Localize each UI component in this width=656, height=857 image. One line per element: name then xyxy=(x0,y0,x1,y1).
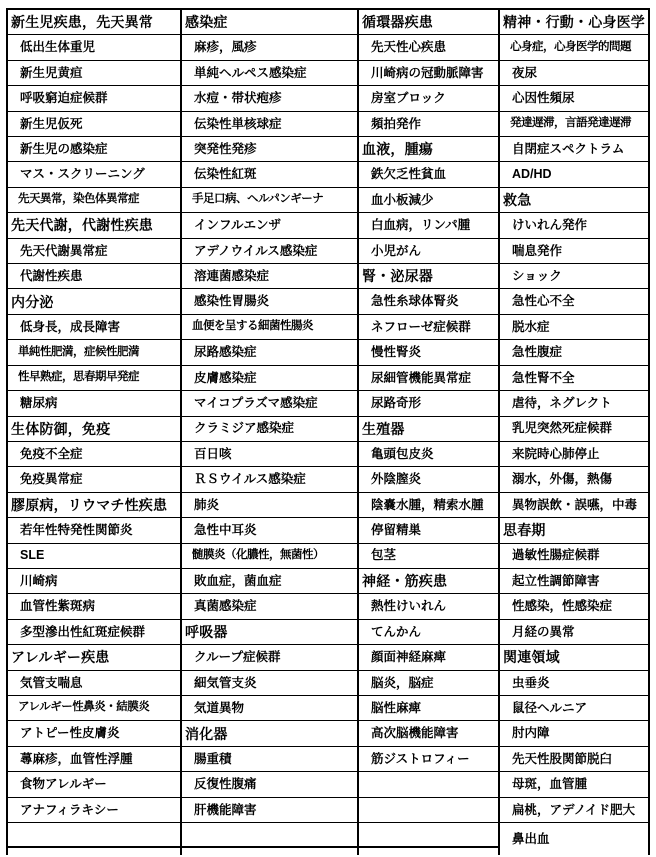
section-header-cell: 新生児疾患，先天異常 xyxy=(8,10,180,35)
topic-item-cell: 母斑，血管腫 xyxy=(500,772,648,797)
topic-item-cell: 水痘・帯状疱疹 xyxy=(182,86,357,111)
empty-cell xyxy=(8,823,180,848)
topic-item-cell: 麻疹，風疹 xyxy=(182,35,357,60)
topic-item-cell: 手足口病、ヘルパンギーナ xyxy=(182,188,357,213)
table-column-2: 感染症麻疹，風疹単純ヘルペス感染症水痘・帯状疱疹伝染性単核球症突発性発疹伝染性紅… xyxy=(180,10,357,855)
topic-item-cell: 脱水症 xyxy=(500,315,648,340)
topic-item-cell: 免疫不全症 xyxy=(8,442,180,467)
topic-item-cell: アナフィラキシー xyxy=(8,798,180,823)
topic-item-cell: 新生児黄疸 xyxy=(8,61,180,86)
topic-item-cell: 陰嚢水腫，精索水腫 xyxy=(359,493,498,518)
table-column-4: 精神・行動・心身医学心身症，心身医学的問題夜尿心因性頻尿発達遅滞，言語発達遅滞自… xyxy=(498,10,648,855)
topic-item-cell: 自閉症スペクトラム xyxy=(500,137,648,162)
topic-item-cell: 新生児の感染症 xyxy=(8,137,180,162)
topic-item-cell: 低出生体重児 xyxy=(8,35,180,60)
topic-item-cell: 心身症，心身医学的問題 xyxy=(500,35,648,60)
topic-item-cell: 先天異常，染色体異常症 xyxy=(8,188,180,213)
topic-item-cell: 包茎 xyxy=(359,544,498,569)
topic-item-cell: ＲＳウイルス感染症 xyxy=(182,467,357,492)
table-column-3: 循環器疾患先天性心疾患川崎病の冠動脈障害房室ブロック頻拍発作血液，腫瘍鉄欠乏性貧… xyxy=(357,10,498,855)
topic-item-cell: 鼠径ヘルニア xyxy=(500,696,648,721)
topic-item-cell: 慢性腎炎 xyxy=(359,340,498,365)
topic-item-cell: インフルエンザ xyxy=(182,213,357,238)
topic-item-cell: 虐待，ネグレクト xyxy=(500,391,648,416)
topic-item-cell: 尿路感染症 xyxy=(182,340,357,365)
topic-item-cell: 肘内障 xyxy=(500,721,648,746)
topic-item-cell: 虫垂炎 xyxy=(500,671,648,696)
topic-item-cell: 蕁麻疹，血管性浮腫 xyxy=(8,747,180,772)
section-header-cell: 救急 xyxy=(500,188,648,213)
topic-item-cell: マス・スクリーニング xyxy=(8,162,180,187)
topic-item-cell: 顔面神経麻痺 xyxy=(359,645,498,670)
topic-item-cell: 反復性腹痛 xyxy=(182,772,357,797)
section-header-cell: 精神・行動・心身医学 xyxy=(500,10,648,35)
topic-item-cell: 溶連菌感染症 xyxy=(182,264,357,289)
topic-item-cell: 先天代謝異常症 xyxy=(8,239,180,264)
topic-item-cell: 房室ブロック xyxy=(359,86,498,111)
topic-item-cell: 性早熟症，思春期早発症 xyxy=(8,366,180,391)
topic-item-cell: 新生児仮死 xyxy=(8,112,180,137)
topic-item-cell: てんかん xyxy=(359,620,498,645)
section-header-cell: 血液，腫瘍 xyxy=(359,137,498,162)
table-column-1: 新生児疾患，先天異常低出生体重児新生児黄疸呼吸窮迫症候群新生児仮死新生児の感染症… xyxy=(8,10,180,855)
topic-item-cell: 川崎病 xyxy=(8,569,180,594)
topic-item-cell: 喘息発作 xyxy=(500,239,648,264)
topic-item-cell: ショック xyxy=(500,264,648,289)
topic-item-cell: 頻拍発作 xyxy=(359,112,498,137)
topic-item-cell: 突発性発疹 xyxy=(182,137,357,162)
topic-item-cell: 多型滲出性紅斑症候群 xyxy=(8,620,180,645)
section-header-cell: 神経・筋疾患 xyxy=(359,569,498,594)
topic-item-cell: 性感染，性感染症 xyxy=(500,594,648,619)
topic-item-cell: 停留精巣 xyxy=(359,518,498,543)
topic-item-cell: 先天性心疾患 xyxy=(359,35,498,60)
topic-item-cell: 起立性調節障害 xyxy=(500,569,648,594)
topic-item-cell: 敗血症，菌血症 xyxy=(182,569,357,594)
topic-item-cell: 血小板減少 xyxy=(359,188,498,213)
topic-item-cell: SLE xyxy=(8,544,180,569)
topic-item-cell: 来院時心肺停止 xyxy=(500,442,648,467)
topic-item-cell: マイコプラズマ感染症 xyxy=(182,391,357,416)
topic-item-cell: アレルギー性鼻炎・結膜炎 xyxy=(8,696,180,721)
topic-item-cell: AD/HD xyxy=(500,162,648,187)
topic-item-cell: 扁桃，アデノイド肥大 xyxy=(500,798,648,823)
topic-item-cell: 気道異物 xyxy=(182,696,357,721)
topic-item-cell: 食物アレルギー xyxy=(8,772,180,797)
topic-item-cell: ネフローゼ症候群 xyxy=(359,315,498,340)
topic-item-cell: 免疫異常症 xyxy=(8,467,180,492)
topic-item-cell: 呼吸窮迫症候群 xyxy=(8,86,180,111)
topic-item-cell: 外陰膣炎 xyxy=(359,467,498,492)
topic-item-cell: 脳炎，脳症 xyxy=(359,671,498,696)
section-header-cell: 関連領域 xyxy=(500,645,648,670)
topic-item-cell: 尿路奇形 xyxy=(359,391,498,416)
section-header-cell: 膠原病，リウマチ性疾患 xyxy=(8,493,180,518)
section-header-cell: 呼吸器 xyxy=(182,620,357,645)
topic-item-cell: 発達遅滞，言語発達遅滞 xyxy=(500,112,648,137)
section-header-cell: 消化器 xyxy=(182,721,357,746)
section-header-cell: 感染症 xyxy=(182,10,357,35)
document-page: { "colors": { "text": "#000000", "border… xyxy=(0,0,656,857)
empty-cell xyxy=(359,823,498,848)
empty-cell xyxy=(359,798,498,823)
section-header-cell: 生体防御，免疫 xyxy=(8,417,180,442)
topic-item-cell: 糖尿病 xyxy=(8,391,180,416)
topic-item-cell: クループ症候群 xyxy=(182,645,357,670)
topic-item-cell: 溺水，外傷，熱傷 xyxy=(500,467,648,492)
topic-item-cell: 心因性頻尿 xyxy=(500,86,648,111)
topic-item-cell: 川崎病の冠動脈障害 xyxy=(359,61,498,86)
topic-item-cell: 月経の異常 xyxy=(500,620,648,645)
topic-item-cell: 急性中耳炎 xyxy=(182,518,357,543)
section-header-cell: アレルギー疾患 xyxy=(8,645,180,670)
topic-item-cell: 急性腎不全 xyxy=(500,366,648,391)
section-header-cell: 腎・泌尿器 xyxy=(359,264,498,289)
topic-item-cell: 単純ヘルペス感染症 xyxy=(182,61,357,86)
topic-item-cell: 乳児突然死症候群 xyxy=(500,417,648,442)
topic-item-cell: 血管性紫斑病 xyxy=(8,594,180,619)
section-header-cell: 生殖器 xyxy=(359,417,498,442)
section-header-cell: 先天代謝，代謝性疾患 xyxy=(8,213,180,238)
topic-item-cell: 脳性麻痺 xyxy=(359,696,498,721)
empty-cell xyxy=(359,772,498,797)
topic-item-cell: 急性心不全 xyxy=(500,289,648,314)
topic-item-cell: 真菌感染症 xyxy=(182,594,357,619)
topic-item-cell: 急性腹症 xyxy=(500,340,648,365)
topic-item-cell: 高次脳機能障害 xyxy=(359,721,498,746)
topic-item-cell: 急性糸球体腎炎 xyxy=(359,289,498,314)
topic-item-cell: 小児がん xyxy=(359,239,498,264)
topic-item-cell: アデノウイルス感染症 xyxy=(182,239,357,264)
topic-item-cell: 髄膜炎（化膿性，無菌性） xyxy=(182,544,357,569)
topic-item-cell: 気管支喘息 xyxy=(8,671,180,696)
topic-item-cell: 伝染性単核球症 xyxy=(182,112,357,137)
topic-item-cell: 血便を呈する細菌性腸炎 xyxy=(182,315,357,340)
empty-cell xyxy=(182,823,357,848)
topic-item-cell: 鼻出血 xyxy=(500,823,648,855)
topic-item-cell: 腸重積 xyxy=(182,747,357,772)
topic-item-cell: 鉄欠乏性貧血 xyxy=(359,162,498,187)
topic-item-cell: 先天性股関節脱臼 xyxy=(500,747,648,772)
topic-item-cell: 異物誤飲・誤嚥，中毒 xyxy=(500,493,648,518)
pediatric-topics-table: 新生児疾患，先天異常低出生体重児新生児黄疸呼吸窮迫症候群新生児仮死新生児の感染症… xyxy=(6,8,650,855)
topic-item-cell: 筋ジストロフィー xyxy=(359,747,498,772)
topic-item-cell: 尿細管機能異常症 xyxy=(359,366,498,391)
topic-item-cell: クラミジア感染症 xyxy=(182,417,357,442)
topic-item-cell: 皮膚感染症 xyxy=(182,366,357,391)
topic-item-cell: 単純性肥満，症候性肥満 xyxy=(8,340,180,365)
topic-item-cell: 細気管支炎 xyxy=(182,671,357,696)
topic-item-cell: 若年性特発性関節炎 xyxy=(8,518,180,543)
topic-item-cell: 感染性胃腸炎 xyxy=(182,289,357,314)
topic-item-cell: 夜尿 xyxy=(500,61,648,86)
section-header-cell: 循環器疾患 xyxy=(359,10,498,35)
topic-item-cell: 伝染性紅斑 xyxy=(182,162,357,187)
section-header-cell: 思春期 xyxy=(500,518,648,543)
topic-item-cell: 代謝性疾患 xyxy=(8,264,180,289)
topic-item-cell: 亀頭包皮炎 xyxy=(359,442,498,467)
topic-item-cell: 熱性けいれん xyxy=(359,594,498,619)
topic-item-cell: 肝機能障害 xyxy=(182,798,357,823)
section-header-cell: 内分泌 xyxy=(8,289,180,314)
topic-item-cell: 過敏性腸症候群 xyxy=(500,544,648,569)
topic-item-cell: アトピー性皮膚炎 xyxy=(8,721,180,746)
topic-item-cell: 白血病，リンパ腫 xyxy=(359,213,498,238)
topic-item-cell: けいれん発作 xyxy=(500,213,648,238)
topic-item-cell: 百日咳 xyxy=(182,442,357,467)
topic-item-cell: 肺炎 xyxy=(182,493,357,518)
topic-item-cell: 低身長，成長障害 xyxy=(8,315,180,340)
